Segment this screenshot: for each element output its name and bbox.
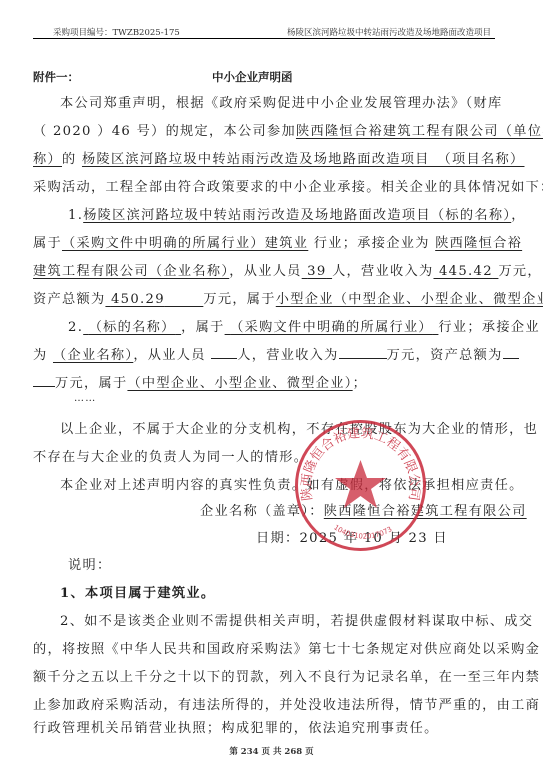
assets-blank-end	[33, 374, 55, 387]
assets-value: 450.29	[111, 292, 165, 307]
para1-line2: （ 2020 ）46 号）的规定，本公司参加陕西隆恒合裕建筑工程有限公司（单位名	[33, 120, 503, 139]
notes-item1: 1、本项目属于建筑业。	[60, 582, 503, 601]
date-line: 日期：2025 年 10 月 23 日	[256, 527, 503, 546]
para2-line2: 不存在与大企业的负责人为同一人的情形。	[33, 446, 503, 465]
header-project-name: 杨陵区滨河路垃圾中转站雨污改造及场地路面改造项目	[287, 26, 491, 38]
assets-blank-start	[503, 346, 519, 359]
project-name-underlined: 杨陵区滨河路垃圾中转站雨污改造及场地路面改造项目 （项目名称）	[82, 152, 525, 167]
item1-line3: 建筑工程有限公司（企业名称），从业人员 39 人，营业收入为 445.42 万元…	[33, 260, 503, 279]
item1-line4: 资产总额为 450.29 万元，属于小型企业（中型企业、小型企业、微型企业）；	[33, 288, 503, 307]
signature-company: 陕西隆恒合裕建筑工程有限公司	[324, 504, 527, 519]
notes-item2-line2: 的，将按照《中华人民共和国政府采购法》第七十七条规定对供应商处以采购金	[33, 638, 503, 657]
item1-line2: 属于（采购文件中明确的所属行业）建筑业 行业；承接企业为 陕西隆恒合裕	[33, 232, 503, 251]
page-number: 第 234 页 共 268 页	[0, 745, 543, 757]
para3: 本企业对上述声明内容的真实性负责。如有虚假，将依法承担相应责任。	[60, 474, 503, 493]
para1-line4: 采购活动，工程全部由符合政策要求的中小企业承接。相关企业的具体情况如下：	[33, 176, 503, 195]
date-value: 2025 年 10 月 23 日	[299, 531, 447, 546]
para2-line1: 以上企业，不属于大企业的分支机构，不存在控股股东为大企业的情形，也	[60, 418, 503, 437]
para1-line1: 本公司郑重声明，根据《政府采购促进中小企业发展管理办法》（财库	[60, 92, 503, 111]
enterprise-size: 小型企业（中型企业、小型企业、微型企业）	[276, 292, 543, 307]
item2-line2: 为 （企业名称），从业人员 人，营业收入为万元，资产总额为	[33, 344, 503, 363]
notes-item2-line5: 行政管理机关吊销营业执照；构成犯罪的，依法追究刑事责任。	[33, 717, 503, 736]
employees-blank	[211, 346, 237, 359]
notes-label: 说明：	[68, 554, 503, 573]
notes-item2-line3: 额千分之五以上千分之十以下的罚款，列入不良行为记录名单，在一至三年内禁	[33, 666, 503, 685]
document-title: 中小企业声明函	[212, 69, 293, 85]
item2-line3: 万元，属于（中型企业、小型企业、微型企业）；	[33, 372, 503, 391]
company-name-underlined: 陕西隆恒合裕建筑工程有限公司（单位名	[296, 124, 543, 139]
notes-item2-line4: 止参加政府采购活动，有违法所得的，并处没收违法所得，情节严重的，由工商	[33, 694, 503, 713]
revenue-value: 445.42	[439, 264, 493, 279]
item1-line1: 1.杨陵区滨河路垃圾中转站雨污改造及场地路面改造项目（标的名称），	[68, 204, 503, 223]
revenue-blank	[339, 346, 387, 359]
signature-line: 企业名称（盖章）：陕西隆恒合裕建筑工程有限公司	[200, 500, 503, 519]
notes-item2-line1: 2、如不是该类企业则不需提供相关声明，若提供虚假材料谋取中标、成交	[60, 610, 503, 629]
page-header: 采购项目编号：TWZB2025-175 杨陵区滨河路垃圾中转站雨污改造及场地路面…	[33, 24, 495, 39]
employees-value: 39	[302, 264, 332, 279]
para1-line3: 称）的 杨陵区滨河路垃圾中转站雨污改造及场地路面改造项目 （项目名称）	[33, 148, 503, 167]
ellipsis: ……	[74, 393, 503, 404]
project-number: 采购项目编号：TWZB2025-175	[53, 26, 180, 38]
attachment-label: 附件一：	[33, 69, 79, 85]
item2-line1: 2. （标的名称） ，属于 （采购文件中明确的所属行业） 行业；承接企业	[68, 316, 503, 335]
